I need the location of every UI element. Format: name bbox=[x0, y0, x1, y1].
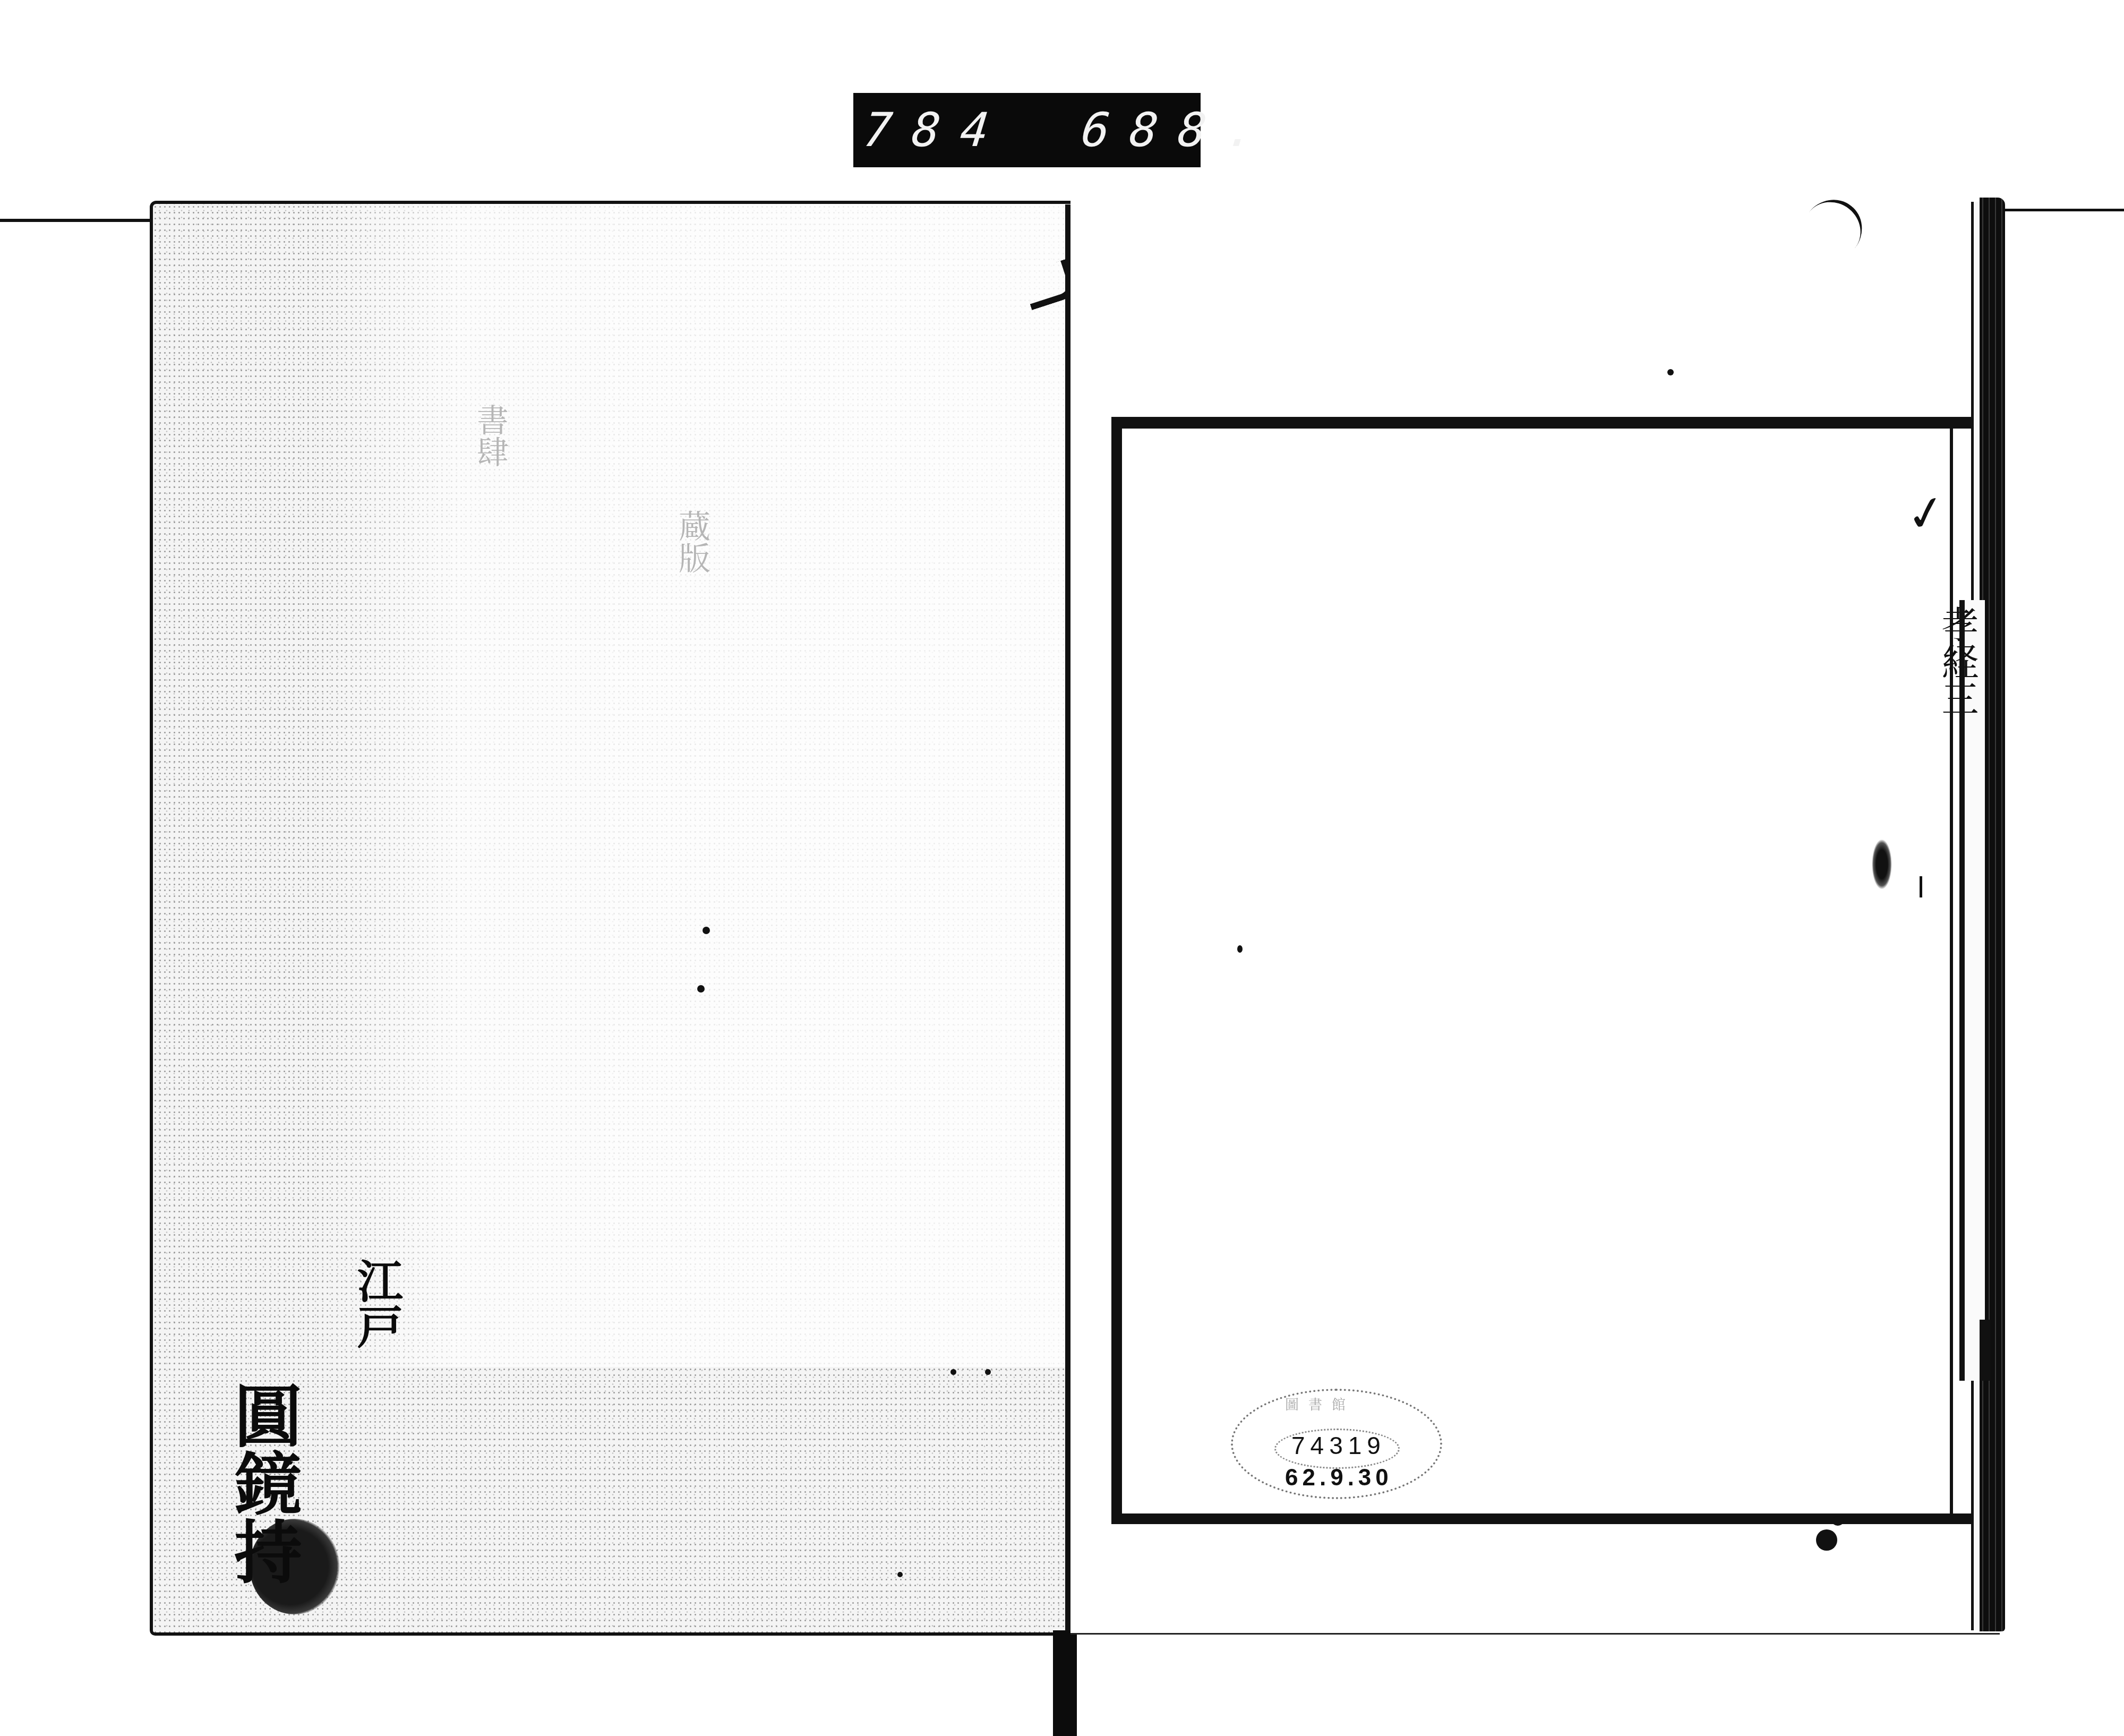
ink-dot bbox=[950, 1369, 956, 1375]
cover-frame-right-rule bbox=[1950, 425, 1953, 1519]
library-stamp-header: 圖書館 bbox=[1285, 1394, 1355, 1414]
ink-blotch bbox=[1872, 839, 1892, 890]
cover-frame-border bbox=[1111, 417, 1982, 1524]
accession-date: 62.9.30 bbox=[1285, 1465, 1393, 1491]
frame-number-left: 784 bbox=[861, 102, 1012, 157]
ink-dot bbox=[897, 1572, 903, 1577]
ink-dot bbox=[985, 1369, 991, 1375]
ink-line-mark bbox=[1920, 876, 1922, 897]
ink-splatter bbox=[1832, 1516, 1844, 1526]
title-slip-text: 孝経三 bbox=[1959, 605, 1981, 717]
place-inscription: 江戸 bbox=[349, 1258, 402, 1349]
frame-number-label: 784 688. bbox=[853, 93, 1201, 167]
gutter-line bbox=[1065, 204, 1070, 1633]
owner-inscription: 圓鏡持 bbox=[223, 1381, 302, 1585]
ghost-print-column: 書肆 bbox=[467, 404, 513, 467]
ink-dot bbox=[697, 985, 705, 993]
ink-dot bbox=[703, 927, 710, 934]
scanner-guide-line-left bbox=[0, 219, 151, 222]
accession-number: 74319 bbox=[1291, 1431, 1386, 1460]
ink-splatter bbox=[1816, 1529, 1837, 1551]
frame-number-right: 688. bbox=[1079, 102, 1278, 157]
title-slip-end bbox=[1980, 1320, 1990, 1381]
scanner-guide-line-right bbox=[2005, 209, 2124, 211]
ghost-print-column: 蔵版 bbox=[669, 510, 715, 574]
ink-dot bbox=[1237, 945, 1243, 953]
ink-dot bbox=[1667, 369, 1674, 375]
title-slip bbox=[1959, 600, 1985, 1381]
gutter-tab bbox=[1053, 1630, 1077, 1736]
